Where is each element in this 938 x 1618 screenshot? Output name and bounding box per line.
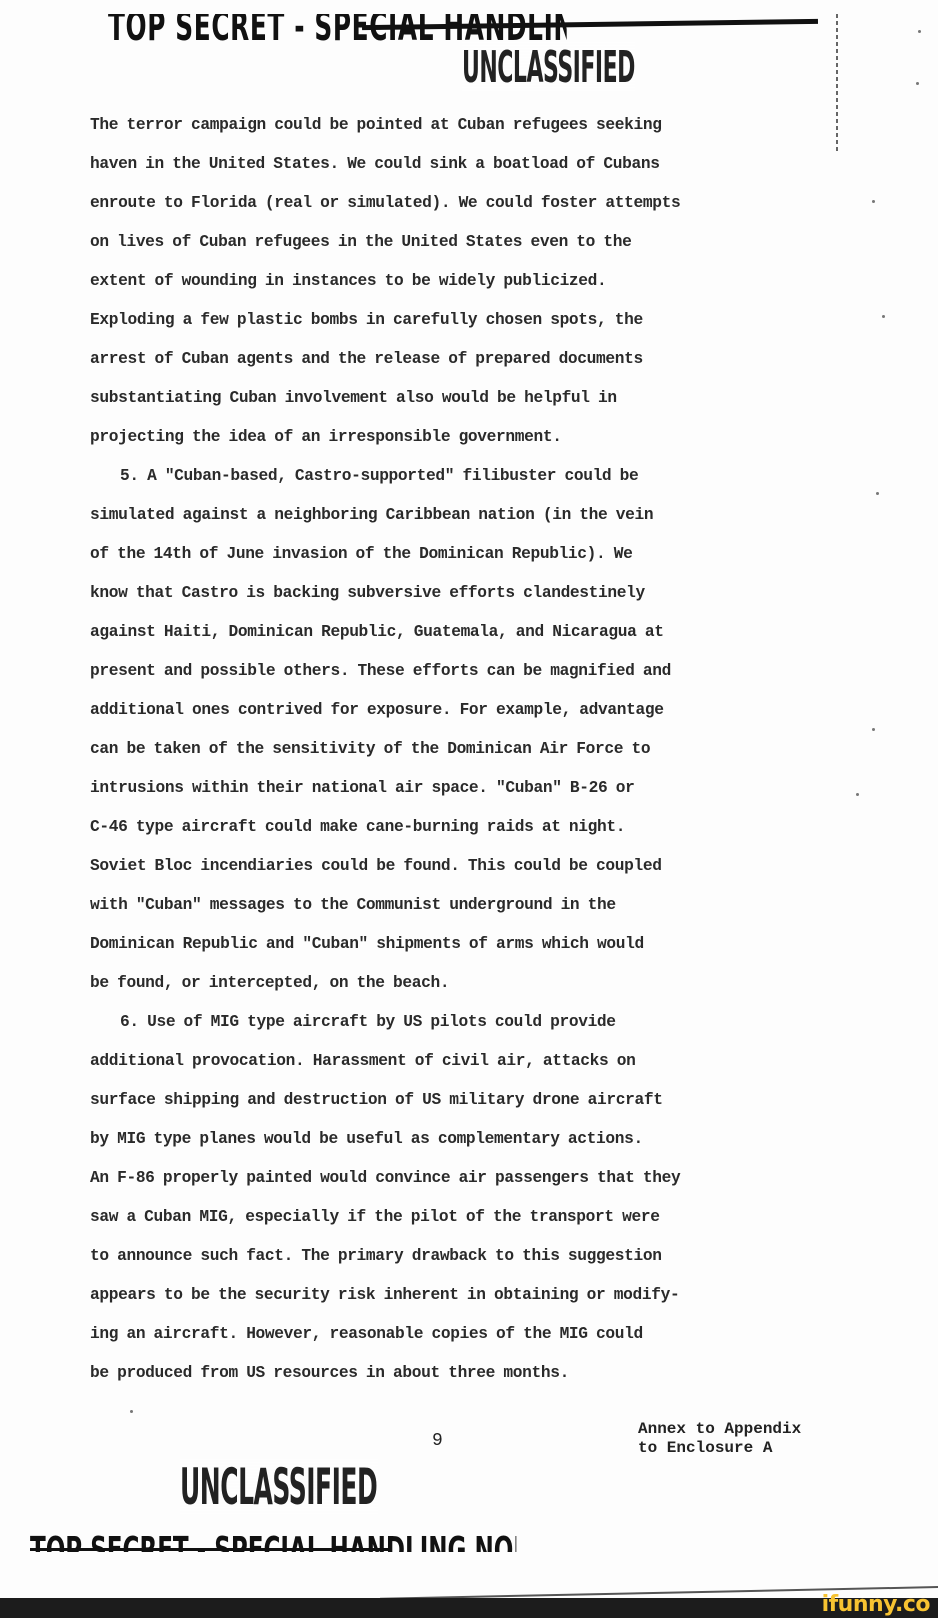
margin-mark (836, 14, 838, 154)
annex-line-2: to Enclosure A (638, 1439, 801, 1458)
document-line: be produced from US resources in about t… (90, 1354, 830, 1393)
scan-speck (130, 1410, 133, 1413)
ifunny-logo: ifunny.co (822, 1592, 930, 1617)
document-line: on lives of Cuban refugees in the United… (90, 223, 830, 262)
document-body: The terror campaign could be pointed at … (90, 106, 830, 1393)
scan-speck (916, 82, 919, 85)
page-number: 9 (432, 1431, 443, 1451)
document-line: arrest of Cuban agents and the release o… (90, 340, 830, 379)
scan-speck (872, 200, 875, 203)
document-line: Dominican Republic and "Cuban" shipments… (90, 925, 830, 964)
document-line: with "Cuban" messages to the Communist u… (90, 886, 830, 925)
scan-speck (882, 315, 885, 318)
document-line: intrusions within their national air spa… (90, 769, 830, 808)
document-line: appears to be the security risk inherent… (90, 1276, 830, 1315)
document-line: saw a Cuban MIG, especially if the pilot… (90, 1198, 830, 1237)
document-line: The terror campaign could be pointed at … (90, 106, 830, 145)
document-line: simulated against a neighboring Caribbea… (90, 496, 830, 535)
document-line: can be taken of the sensitivity of the D… (90, 730, 830, 769)
document-page: TOP SECRET - SPECIAL HANDLING NOFORN UNC… (0, 0, 938, 1598)
document-line: Soviet Bloc incendiaries could be found.… (90, 847, 830, 886)
scan-speck (872, 728, 875, 731)
document-line: by MIG type planes would be useful as co… (90, 1120, 830, 1159)
annex-reference: Annex to Appendix to Enclosure A (638, 1420, 801, 1458)
document-line: 6. Use of MIG type aircraft by US pilots… (90, 1003, 830, 1042)
annex-line-1: Annex to Appendix (638, 1420, 801, 1439)
unclassified-stamp-bottom: UNCLASSIFIED (180, 1458, 377, 1516)
document-line: surface shipping and destruction of US m… (90, 1081, 830, 1120)
document-line: ing an aircraft. However, reasonable cop… (90, 1315, 830, 1354)
document-line: enroute to Florida (real or simulated). … (90, 184, 830, 223)
document-line: C-46 type aircraft could make cane-burni… (90, 808, 830, 847)
document-line: haven in the United States. We could sin… (90, 145, 830, 184)
document-line: 5. A "Cuban-based, Castro-supported" fil… (90, 457, 830, 496)
document-line: substantiating Cuban involvement also wo… (90, 379, 830, 418)
document-line: be found, or intercepted, on the beach. (90, 964, 830, 1003)
scan-speck (876, 492, 879, 495)
scan-speck (918, 30, 921, 33)
document-line: against Haiti, Dominican Republic, Guate… (90, 613, 830, 652)
document-line: An F-86 properly painted would convince … (90, 1159, 830, 1198)
document-line: to announce such fact. The primary drawb… (90, 1237, 830, 1276)
document-line: Exploding a few plastic bombs in careful… (90, 301, 830, 340)
watermark-bar: ifunny.co (0, 1598, 938, 1618)
document-line: of the 14th of June invasion of the Domi… (90, 535, 830, 574)
document-line: extent of wounding in instances to be wi… (90, 262, 830, 301)
unclassified-stamp-top: UNCLASSIFIED (462, 42, 635, 93)
document-line: projecting the idea of an irresponsible … (90, 418, 830, 457)
document-line: additional provocation. Harassment of ci… (90, 1042, 830, 1081)
classification-footer-strikethrough (30, 1548, 390, 1551)
document-line: additional ones contrived for exposure. … (90, 691, 830, 730)
scan-speck (856, 793, 859, 796)
document-line: know that Castro is backing subversive e… (90, 574, 830, 613)
document-line: present and possible others. These effor… (90, 652, 830, 691)
